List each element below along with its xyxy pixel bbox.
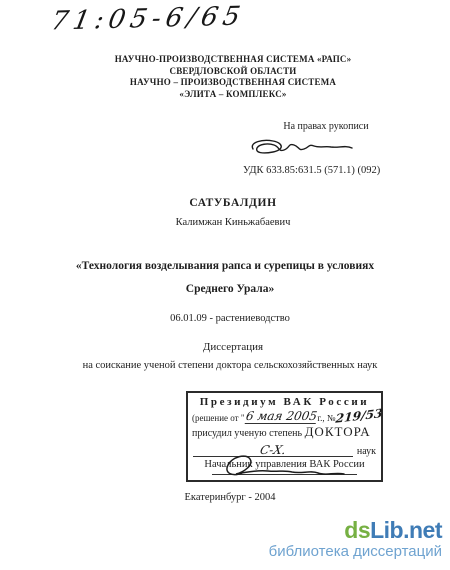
stamp-decision-line: (решение от " 6 мая 2005 г., № 219/53 xyxy=(188,409,381,423)
thesis-subtitle: на соискание ученой степени доктора сель… xyxy=(10,360,450,371)
stamp-handwritten-date: 6 мая 2005 xyxy=(244,409,318,424)
author-surname: САТУБАЛДИН xyxy=(16,197,450,209)
official-signature-icon xyxy=(216,450,356,480)
dslib-logo: dsLib.net xyxy=(269,518,442,542)
stamp-degree-prefix: присудил ученую степень xyxy=(192,428,302,439)
udc-code: УДК 633.85:631.5 (571.1) (092) xyxy=(243,165,380,176)
stamp-header: Президиум ВАК России xyxy=(188,396,381,408)
institution-header: НАУЧНО-ПРОИЗВОДСТВЕННАЯ СИСТЕМА «РАПС» С… xyxy=(16,54,450,100)
author-full-name: Калимжан Киньжабаевич xyxy=(16,217,450,228)
city-and-year: Екатеринбург - 2004 xyxy=(10,492,450,503)
stamp-degree-word: ДОКТОРА xyxy=(305,424,371,439)
dissertation-title-line-2: Среднего Урала» xyxy=(10,283,450,295)
header-line-3: НАУЧНО – ПРОИЗВОДСТВЕННАЯ СИСТЕМА xyxy=(16,77,450,89)
stamp-decision-prefix: (решение от " xyxy=(192,413,245,423)
dslib-watermark: dsLib.net библиотека диссертаций xyxy=(269,518,442,560)
header-line-4: «ЭЛИТА – КОМПЛЕКС» xyxy=(16,89,450,101)
dissertation-title-line-1: «Технология возделывания рапса и сурепиц… xyxy=(0,260,450,272)
manuscript-rights-note: На правах рукописи xyxy=(258,121,394,132)
dslib-logo-green-part: ds xyxy=(344,517,370,543)
stamp-decision-mid: г., № xyxy=(317,413,335,423)
dslib-tagline: библиотека диссертаций xyxy=(269,543,442,560)
vak-approval-stamp: Президиум ВАК России (решение от " 6 мая… xyxy=(186,391,383,482)
thesis-type: Диссертация xyxy=(16,341,450,353)
handwritten-accession-number: 71:05-6/65 xyxy=(49,1,248,36)
header-line-2: СВЕРДЛОВСКОЙ ОБЛАСТИ xyxy=(16,66,450,78)
author-signature-icon xyxy=(243,136,355,162)
specialty-code: 06.01.09 - растениеводство xyxy=(10,313,450,324)
stamp-degree-line: присудил ученую степень ДОКТОРА xyxy=(188,424,381,440)
header-line-1: НАУЧНО-ПРОИЗВОДСТВЕННАЯ СИСТЕМА «РАПС» xyxy=(16,54,450,66)
dslib-logo-blue-part: Lib.net xyxy=(370,517,442,543)
stamp-field-suffix: наук xyxy=(357,446,376,457)
dissertation-title-page: 71:05-6/65 НАУЧНО-ПРОИЗВОДСТВЕННАЯ СИСТЕ… xyxy=(0,0,450,570)
stamp-handwritten-number: 219/53 xyxy=(335,406,383,426)
